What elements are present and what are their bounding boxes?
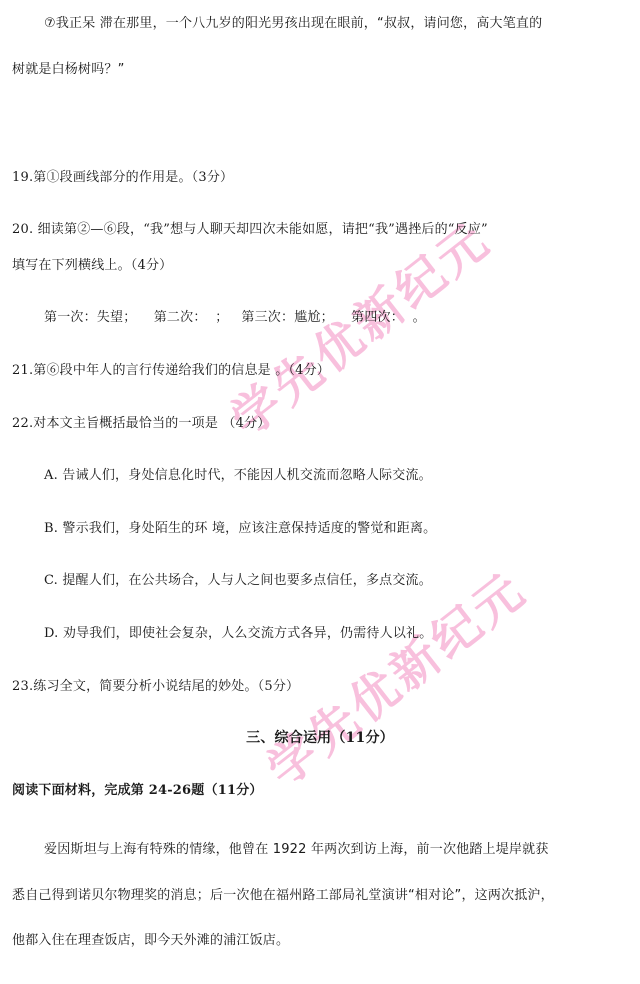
question-23: 23.练习全文，简要分析小说结尾的妙处。（5分） [12,675,299,694]
question-20-line2: 填写在下列横线上。（4分） [12,254,172,273]
option-d: D. 劝导我们，即使社会复杂，人么交流方式各异，仍需待人以礼。 [44,622,432,641]
passage-paragraph-7-line2: 树就是白杨树吗？” [12,58,125,77]
question-19: 19.第①段画线部分的作用是。（3分） [12,166,233,185]
section-3-title: 三、综合运用（11分） [0,727,640,747]
option-a: A. 告诫人们，身处信息化时代，不能因人机交流而忽略人际交流。 [44,464,432,483]
question-20-line1: 20. 细读第②—⑥段，“我”想与人聊天却四次未能如愿，请把“我”遇挫后的“反应… [12,218,488,237]
material-paragraph-line1: 爱因斯坦与上海有特殊的情缘，他曾在 1922 年两次到访上海，前一次他踏上堤岸就… [44,838,549,857]
question-22: 22.对本文主旨概括最恰当的一项是 （4分） [12,412,270,431]
material-paragraph-line3: 他都入住在理查饭店，即今天外滩的浦江饭店。 [12,929,289,948]
question-21: 21.第⑥段中年人的言行传递给我们的信息是 。（4分） [12,359,330,378]
section-3-instruction: 阅读下面材料，完成第 24-26题（11分） [12,779,263,798]
question-20-answers: 第一次：失望； 第二次： ； 第三次：尴尬； 第四次： 。 [44,306,426,325]
passage-paragraph-7-line1: ⑦我正呆 滞在那里，一个八九岁的阳光男孩出现在眼前，“叔叔，请问您，高大笔直的 [44,12,542,31]
material-paragraph-line2: 悉自己得到诺贝尔物理奖的消息；后一次他在福州路工部局礼堂演讲“相对论”，这两次抵… [12,884,554,903]
option-b: B. 警示我们，身处陌生的环 境，应该注意保持适度的警觉和距离。 [44,517,436,536]
option-c: C. 提醒人们，在公共场合，人与人之间也要多点信任，多点交流。 [44,569,432,588]
